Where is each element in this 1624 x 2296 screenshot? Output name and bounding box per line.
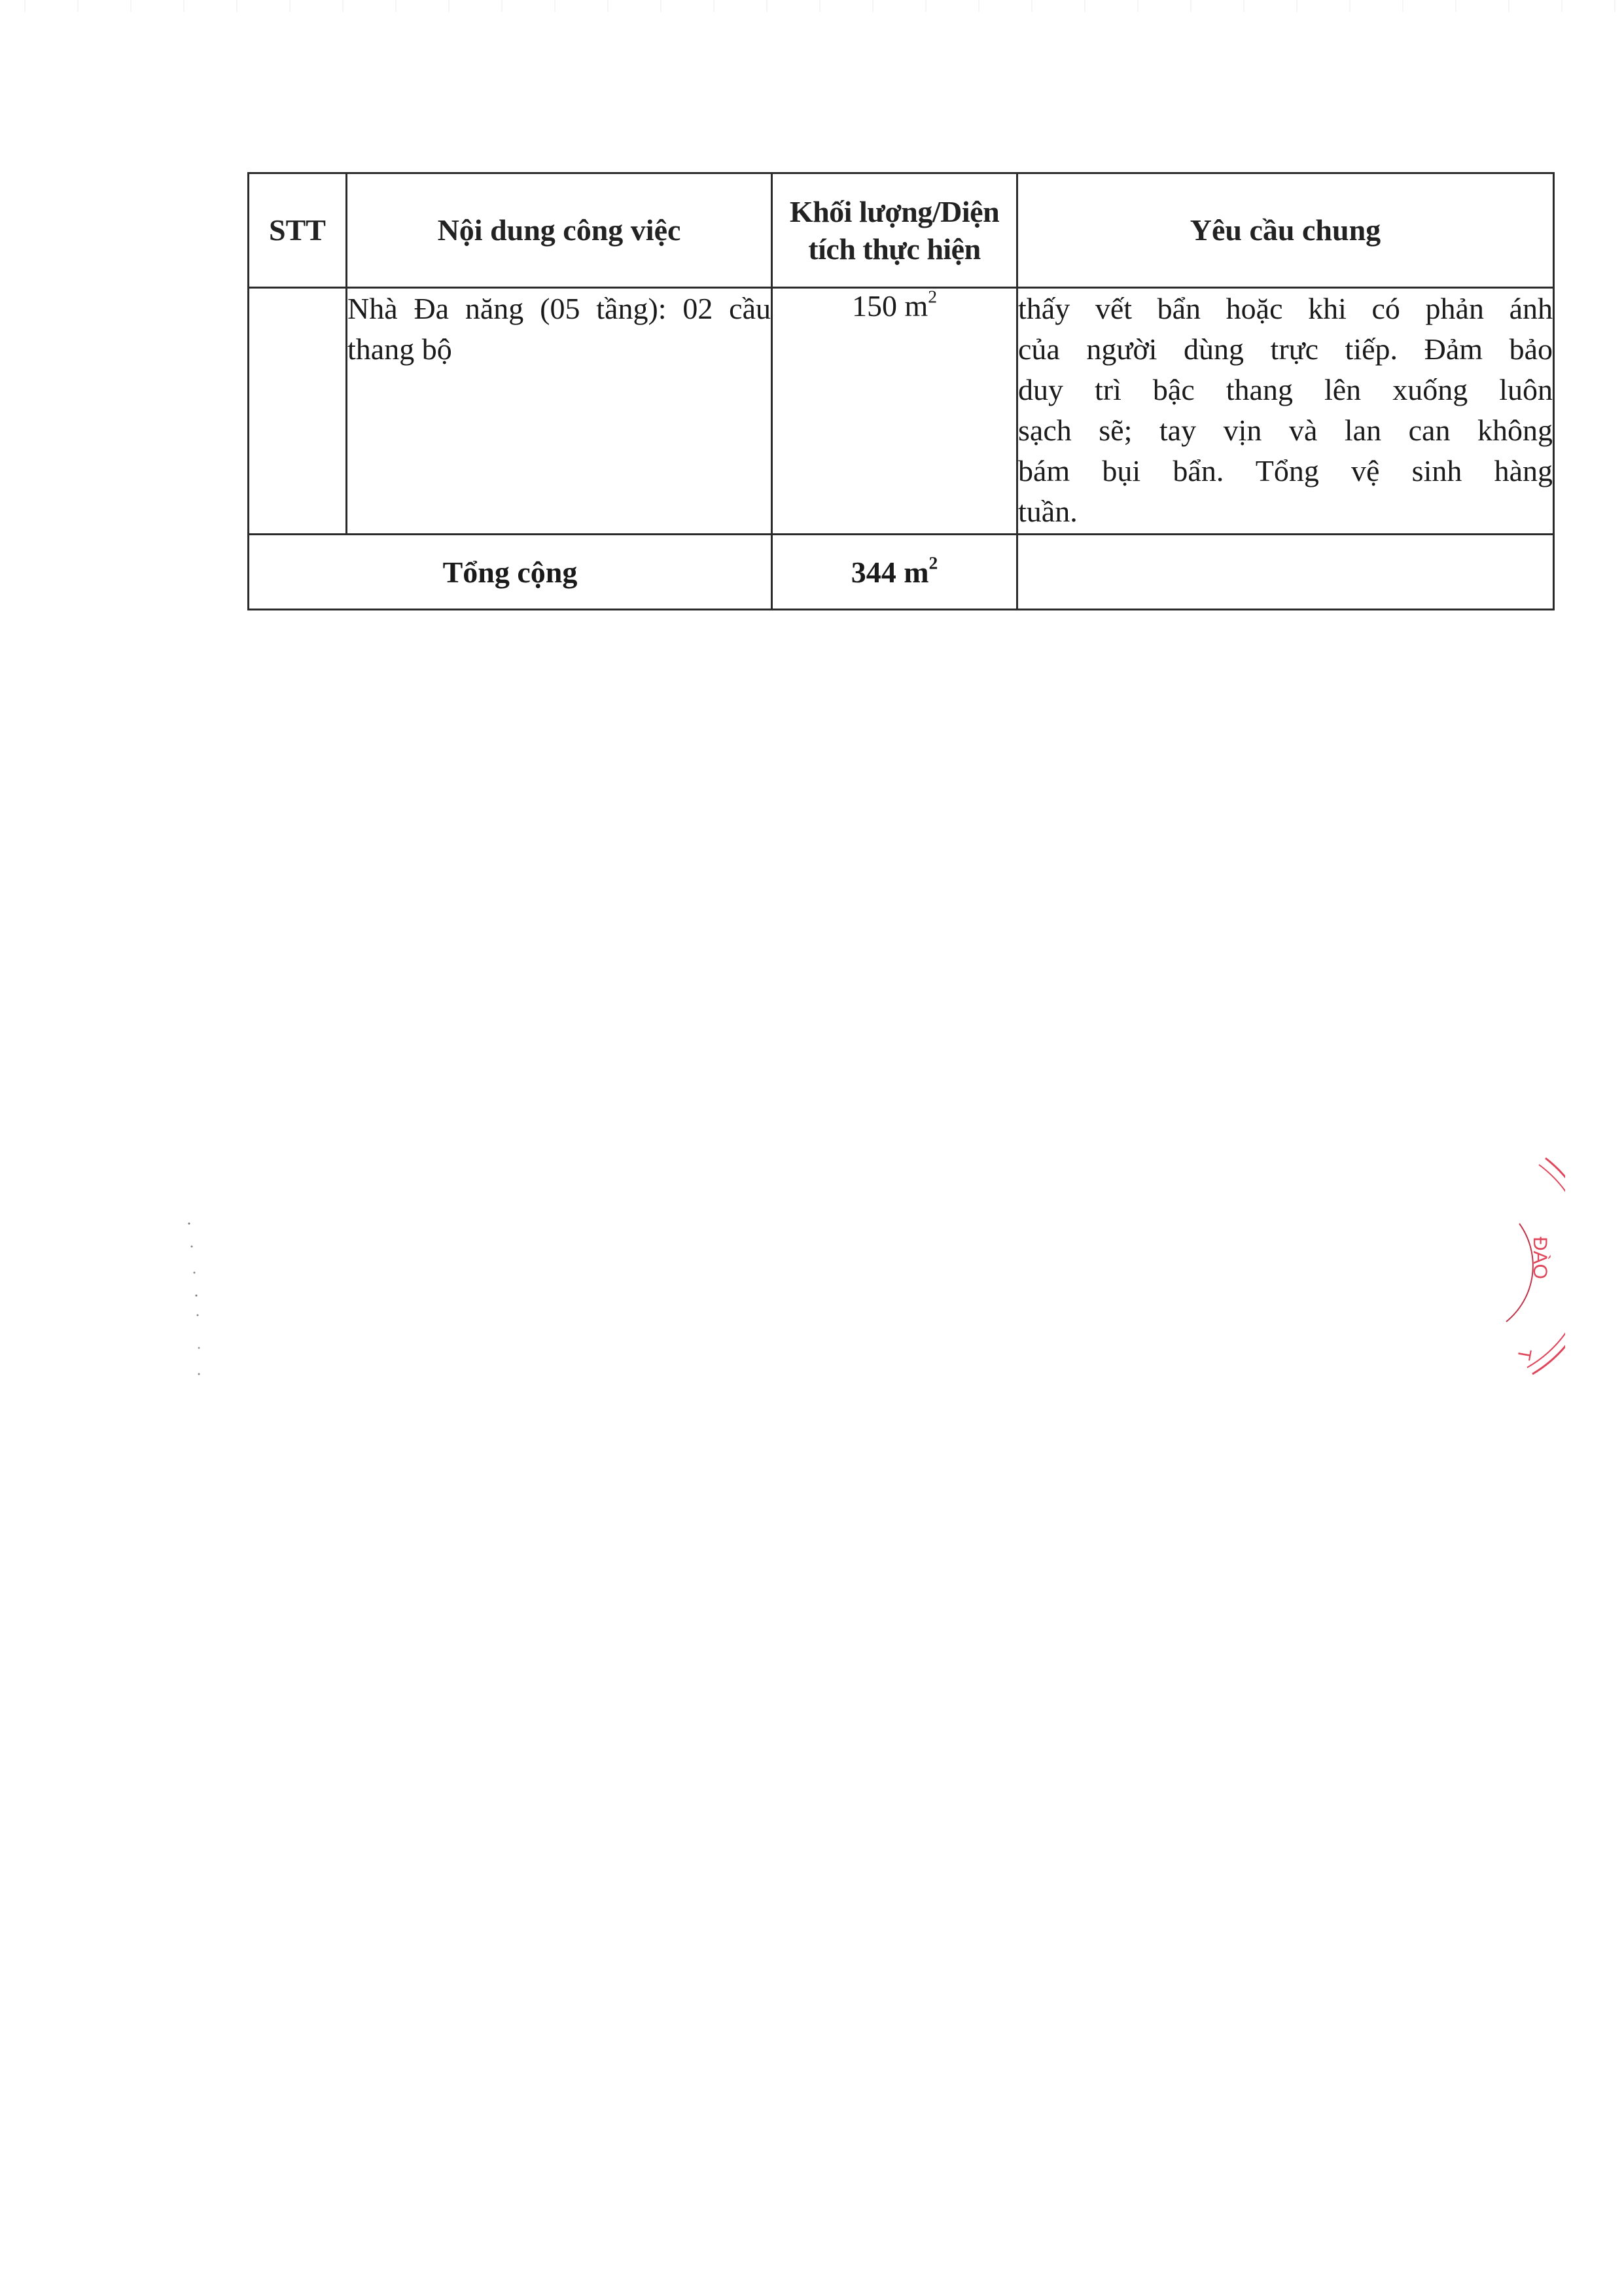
- table-header-row: STT Nội dung công việc Khối lượng/Diện t…: [249, 173, 1554, 288]
- requirement-line: bám bụi bẩn. Tổng vệ sinh hàng: [1018, 451, 1553, 491]
- header-requirement: Yêu cầu chung: [1017, 173, 1554, 288]
- header-content: Nội dung công việc: [347, 173, 772, 288]
- total-row: Tổng cộng 344 m2: [249, 535, 1554, 610]
- stamp-partial-text: T: [1513, 1347, 1536, 1362]
- total-volume-exponent: 2: [929, 552, 938, 573]
- volume-exponent: 2: [928, 286, 937, 306]
- cell-content: Nhà Đa năng (05 tầng): 02 cầu thang bộ: [347, 288, 772, 535]
- stamp-text: ĐÀO: [1529, 1237, 1551, 1279]
- requirement-line: thấy vết bẩn hoặc khi có phản ánh: [1018, 289, 1553, 329]
- table-row: Nhà Đa năng (05 tầng): 02 cầu thang bộ 1…: [249, 288, 1554, 535]
- total-label: Tổng cộng: [249, 535, 772, 610]
- requirement-line: sạch sẽ; tay vịn và lan can không: [1018, 410, 1553, 451]
- cell-volume: 150 m2: [772, 288, 1017, 535]
- total-requirement: [1017, 535, 1554, 610]
- total-volume: 344 m2: [772, 535, 1017, 610]
- work-table: STT Nội dung công việc Khối lượng/Diện t…: [247, 172, 1555, 610]
- scan-noise: [0, 0, 1624, 12]
- cell-requirement: thấy vết bẩn hoặc khi có phản ánh của ng…: [1017, 288, 1554, 535]
- red-seal-stamp-icon: ĐÀO T: [1480, 1152, 1565, 1387]
- scan-specks: [186, 1217, 206, 1387]
- volume-value: 150 m: [852, 289, 928, 323]
- requirement-line: tuần.: [1018, 491, 1553, 532]
- requirement-line: duy trì bậc thang lên xuống luôn: [1018, 370, 1553, 410]
- header-volume: Khối lượng/Diện tích thực hiện: [772, 173, 1017, 288]
- requirement-line: của người dùng trực tiếp. Đảm bảo: [1018, 329, 1553, 370]
- cell-stt: [249, 288, 347, 535]
- header-stt: STT: [249, 173, 347, 288]
- total-volume-value: 344 m: [851, 556, 929, 589]
